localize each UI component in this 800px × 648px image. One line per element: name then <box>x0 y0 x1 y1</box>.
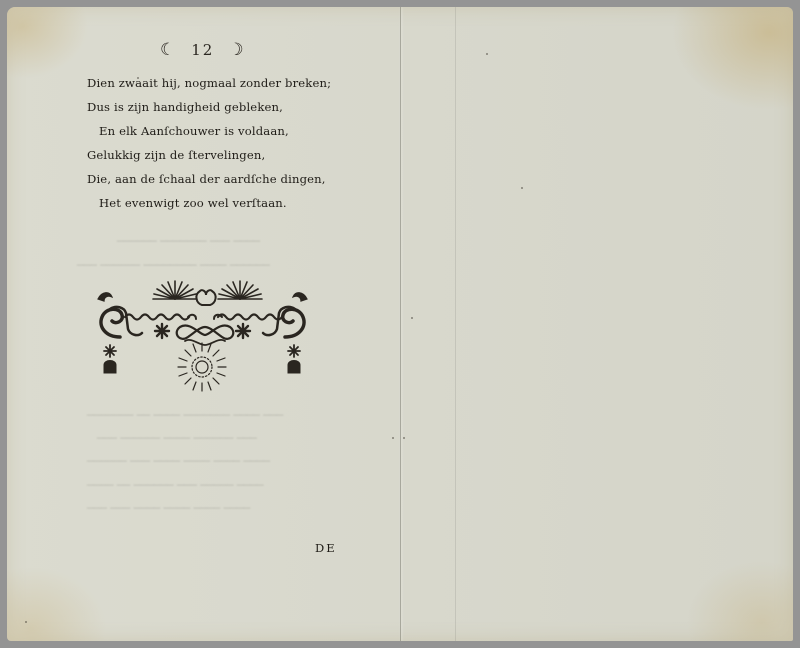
document-sheet: ──── ─── ─────── ────── ────── ──── ────… <box>7 7 793 641</box>
show-through-line: ─── ────── ──── ────── ─── <box>97 432 257 445</box>
show-through-line: ─── ──── ─────── ──── ── ─────── <box>87 409 283 422</box>
verse-line: Gelukkig zijn de ſtervelingen, <box>87 143 331 167</box>
show-through-line: ────── ──── ──────── ────── ─── <box>77 259 270 272</box>
verse-line: En elk Aanſchouwer is voldaan, <box>87 119 331 143</box>
show-through-line: ──── ──── ──── ──── ─── ────── <box>87 455 270 468</box>
verse-line: Dien zwaait hij, nogmaal zonder breken; <box>87 71 331 95</box>
page-header: ☾12☽ <box>160 40 246 60</box>
left-page: ──── ─── ─────── ────── ────── ──── ────… <box>7 7 400 641</box>
left-crescent-ornament: ☾ <box>160 40 177 60</box>
page-number: 12 <box>191 41 214 59</box>
catchword: DE <box>315 541 337 555</box>
verse-stanza: Dien zwaait hij, nogmaal zonder breken; … <box>87 71 331 215</box>
paper-speck <box>403 437 405 439</box>
paper-speck <box>25 621 27 623</box>
paper-speck <box>392 437 394 439</box>
tailpiece-ornament-icon <box>80 277 325 396</box>
paper-speck <box>486 53 488 55</box>
show-through-line: ──── ─── ─────── ────── <box>117 235 260 248</box>
paper-speck <box>137 77 139 79</box>
verse-line: Het evenwigt zoo wel verſtaan. <box>87 191 331 215</box>
verse-line: Die, aan de ſchaal der aardſche dingen, <box>87 167 331 191</box>
verse-line: Dus is zijn handigheid gebleken, <box>87 95 331 119</box>
paper-speck <box>411 317 413 319</box>
paper-speck <box>521 187 523 189</box>
show-through-line: ──── ───── ─── ────── ── ──── <box>87 479 263 492</box>
show-through-line: ──── ──── ──── ──── ─── ─── <box>87 502 250 515</box>
right-page-blank <box>401 7 793 641</box>
right-crescent-ornament: ☽ <box>228 40 245 60</box>
